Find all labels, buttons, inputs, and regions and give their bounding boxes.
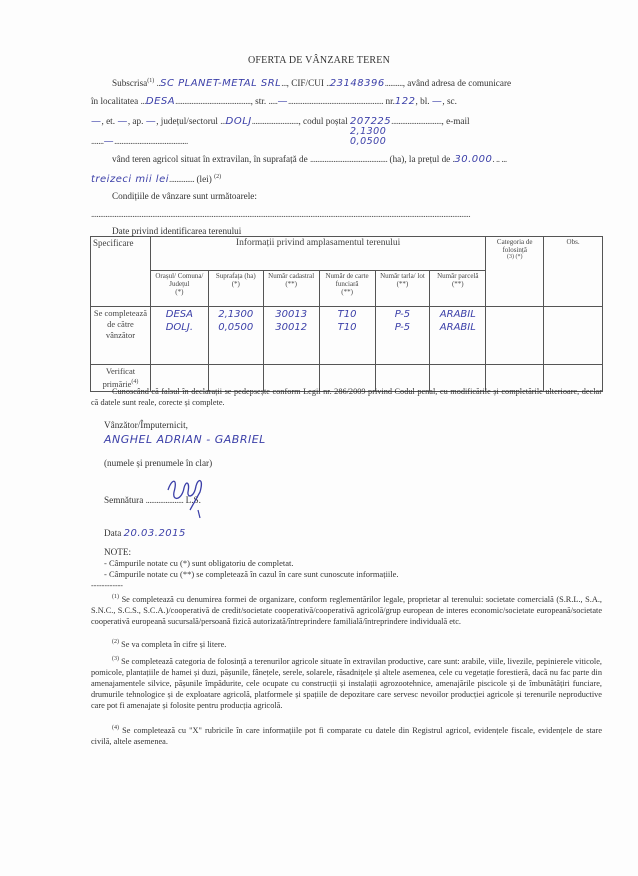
footnote-4: (4) Se completează cu "X" rubricile în c… — [91, 723, 602, 747]
label-localitate: în localitatea — [91, 96, 138, 106]
area-values[interactable]: 2,1300 0,0500 — [350, 127, 386, 147]
et-field[interactable]: — — [117, 116, 128, 127]
label-bl: , bl. — [416, 96, 430, 106]
label-cif: , CIF/CUI — [287, 78, 324, 88]
subheader-parcela: Număr parcelă(**) — [430, 271, 486, 307]
date-label: Data — [104, 528, 121, 538]
note-2: - Câmpurile notate cu (**) se completeaz… — [104, 569, 399, 580]
label-judet: , județul/sectorul — [156, 116, 218, 126]
label-subscrisa: Subscrisa — [112, 78, 147, 88]
line-localitate: în localitatea ...DESA..................… — [91, 96, 457, 107]
localitate-field[interactable]: DESA — [146, 96, 175, 107]
cell-categorie[interactable] — [486, 307, 544, 365]
seller-name-field[interactable]: SC PLANET-METAL SRL — [160, 78, 281, 89]
conditions-label: Condițiile de vânzare sunt următoarele: — [112, 191, 257, 202]
sale-unit: (ha), la prețul de — [390, 154, 451, 164]
label-cod: , codul poștal — [298, 116, 347, 126]
label-et: , et. — [102, 116, 116, 126]
cif-field[interactable]: 23148396 — [330, 78, 385, 89]
line-subscrisa: Subscrisa(1) ..SC PLANET-METAL SRL..., C… — [112, 76, 511, 89]
subheader-localitate: Orașul/ Comuna/ Județul(*) — [150, 271, 208, 307]
footnote-1: (1) Se completează cu denumirea formei d… — [91, 592, 602, 627]
email-field[interactable]: — — [104, 136, 115, 147]
land-table: Specificare Informații privind amplasame… — [90, 236, 603, 392]
subheader-tarla: Număr tarla/ lot(**) — [375, 271, 430, 307]
label-address: , având adresa de comunicare — [403, 78, 511, 88]
line-price-words: treizeci mii lei.............. (lei) (2) — [91, 172, 221, 185]
cell-cadastral[interactable]: 3001330012 — [263, 307, 319, 365]
price-unit: (lei) — [196, 174, 211, 184]
label-street: , str. — [251, 96, 267, 106]
footnote-3: (3) Se completează categoria de folosinț… — [91, 654, 602, 711]
header-categorie: Categoria de folosință (3) (*) — [486, 237, 544, 307]
notes-title: NOTE: — [104, 547, 131, 558]
header-obs: Obs. — [544, 237, 603, 307]
judet-field[interactable]: DOLJ — [226, 116, 252, 127]
header-info-amplasament: Informații privind amplasamentul terenul… — [150, 237, 485, 271]
signature-label: Semnătura — [104, 495, 143, 505]
table-row-seller: Se completează de către vânzător DESADOL… — [91, 307, 603, 365]
cell-parcela[interactable]: ARABILARABIL — [430, 307, 486, 365]
date-line: Data 20.03.2015 — [104, 528, 186, 539]
conditions-field[interactable]: ........................................… — [91, 209, 602, 220]
footnote-mark: (1) — [147, 78, 154, 84]
price-words-field[interactable]: treizeci mii lei — [91, 174, 169, 185]
cell-tarla[interactable]: P-5P-5 — [375, 307, 430, 365]
sc-field[interactable]: — — [91, 116, 102, 127]
cell-obs[interactable] — [544, 307, 603, 365]
street-field[interactable]: — — [277, 96, 288, 107]
subheader-cadastral: Număr cadastral(**) — [263, 271, 319, 307]
label-sc: , sc. — [442, 96, 457, 106]
footnote-mark: (2) — [214, 174, 221, 180]
header-specificare: Specificare — [91, 237, 151, 307]
line-sale: vând teren agricol situat în extravilan,… — [112, 154, 507, 165]
signature-scribble-icon[interactable] — [160, 470, 210, 520]
seller-role: Vânzător/Împuternicit, — [104, 420, 188, 431]
name-hint: (numele și prenumele în clar) — [104, 458, 212, 469]
line-email: .......—................................… — [91, 136, 188, 147]
cell-carte-funciara[interactable]: T10T10 — [319, 307, 375, 365]
subheader-carte-funciara: Număr de carte funciară(**) — [319, 271, 375, 307]
subheader-suprafata: Suprafața (ha)(*) — [208, 271, 263, 307]
document-page: OFERTA DE VÂNZARE TEREN Subscrisa(1) ..S… — [0, 0, 638, 876]
label-ap: , ap. — [128, 116, 144, 126]
nr-field[interactable]: 122 — [395, 96, 416, 107]
document-title: OFERTA DE VÂNZARE TEREN — [0, 55, 638, 66]
cell-localitate[interactable]: DESADOLJ. — [150, 307, 208, 365]
seller-person-line: ANGHEL ADRIAN - GABRIEL — [104, 434, 266, 446]
area-value-2: 0,0500 — [350, 137, 386, 147]
row-label-seller: Se completează de către vânzător — [91, 307, 151, 365]
bl-field[interactable]: — — [432, 96, 443, 107]
seller-person-field[interactable]: ANGHEL ADRIAN - GABRIEL — [104, 433, 266, 446]
separator: ------------ — [91, 580, 123, 591]
label-nr: nr. — [385, 96, 394, 106]
note-1: - Câmpurile notate cu (*) sunt obligator… — [104, 558, 294, 569]
cell-suprafata[interactable]: 2,13000,0500 — [208, 307, 263, 365]
price-field[interactable]: 30.000 — [454, 154, 492, 165]
line-judet: —, et. —, ap. —, județul/sectorul ...DOL… — [91, 116, 470, 127]
label-email: , e-mail — [441, 116, 469, 126]
footnote-2: (2) Se va completa în cifre și litere. — [91, 637, 602, 650]
sale-text: vând teren agricol situat în extravilan,… — [112, 154, 308, 164]
date-field[interactable]: 20.03.2015 — [124, 528, 186, 539]
declaration-text: Cunoscând că falsul în declarații se ped… — [91, 386, 602, 408]
ap-field[interactable]: — — [146, 116, 157, 127]
